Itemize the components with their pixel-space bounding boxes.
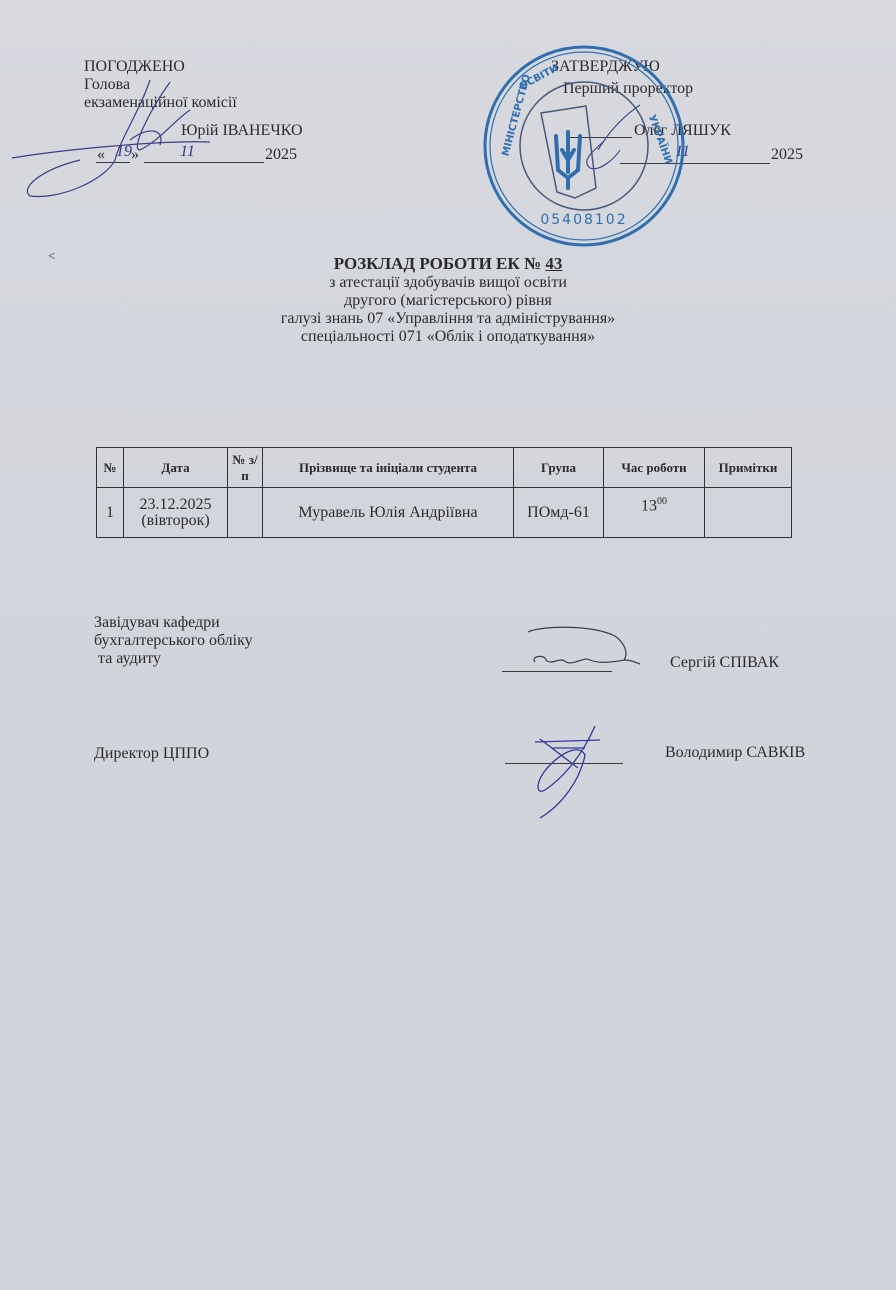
time-hours: 13: [641, 497, 657, 514]
head-of-dept-block: Завідувач кафедри бухгалтерського обліку…: [94, 614, 253, 668]
approval-date-month: 11: [180, 143, 195, 161]
header-student: Прізвище та ініціали студента: [263, 448, 514, 488]
header-date: Дата: [124, 448, 228, 488]
header-order: № з/п: [228, 448, 263, 488]
head-dept-line2: бухгалтерського обліку: [94, 632, 253, 650]
header-group: Група: [514, 448, 604, 488]
approval-date-year: 2025: [265, 146, 297, 164]
svg-text:МІНІСТЕРСТВО: МІНІСТЕРСТВО: [500, 73, 532, 157]
head-dept-line1: Завідувач кафедри: [94, 614, 253, 632]
signature-savkiv-icon: [535, 726, 600, 818]
cell-group: ПОмд-61: [514, 488, 604, 538]
head-dept-line3: та аудиту: [94, 650, 253, 668]
signature-spivak-icon: [528, 627, 640, 664]
director-name: Володимир САВКІВ: [665, 744, 805, 762]
official-stamp-icon: 05408102 ОСВІТИ УКРАЇНИ МІНІСТЕРСТВО: [485, 47, 683, 245]
document-title: РОЗКЛАД РОБОТИ ЕК № 43: [0, 254, 896, 274]
confirm-line1: Перший проректор: [563, 80, 693, 98]
subtitle-line3: другого (магістерського) рівня: [0, 292, 896, 310]
approval-date-close: »: [131, 146, 139, 164]
time-minutes: 00: [657, 496, 667, 507]
approval-line1: Голова: [84, 76, 237, 94]
title-text: РОЗКЛАД РОБОТИ ЕК №: [334, 254, 541, 273]
confirm-heading: ЗАТВЕРДЖУЮ: [551, 58, 660, 76]
svg-text:05408102: 05408102: [540, 212, 627, 228]
document-title-block: РОЗКЛАД РОБОТИ ЕК № 43 з атестації здобу…: [0, 254, 896, 346]
confirm-name: Олег ЛЯШУК: [634, 122, 731, 140]
approval-heading: ПОГОДЖЕНО: [84, 58, 237, 76]
header-time: Час роботи: [604, 448, 705, 488]
cell-student: Муравель Юлія Андріївна: [263, 488, 514, 538]
subtitle-line5: спеціальності 071 «Облік і оподаткування…: [0, 328, 896, 346]
approval-name: Юрій ІВАНЕЧКО: [181, 122, 303, 140]
director-title: Директор ЦППО: [94, 745, 209, 763]
cell-notes: [705, 488, 792, 538]
cell-date: 23.12.2025 (вівторок): [124, 488, 228, 538]
commission-number: 43: [545, 254, 562, 273]
table-row: 1 23.12.2025 (вівторок) Муравель Юлія Ан…: [97, 488, 792, 538]
approval-date-day: 19: [116, 143, 132, 161]
approval-block: ПОГОДЖЕНО Голова екзаменаційної комісії: [84, 58, 237, 112]
cell-time: 1300: [604, 488, 705, 538]
subtitle-line4: галузі знань 07 «Управління та адміністр…: [0, 310, 896, 328]
approval-line2: екзаменаційної комісії: [84, 94, 237, 112]
schedule-table: № Дата № з/п Прізвище та ініціали студен…: [96, 447, 792, 538]
subtitle-line2: з атестації здобувачів вищої освіти: [0, 274, 896, 292]
cell-num: 1: [97, 488, 124, 538]
table-header-row: № Дата № з/п Прізвище та ініціали студен…: [97, 448, 792, 488]
cell-date-value: 23.12.2025: [126, 497, 225, 513]
confirm-date-year: 2025: [771, 146, 803, 164]
confirm-date-month: 11: [675, 143, 690, 161]
header-notes: Примітки: [705, 448, 792, 488]
head-dept-name: Сергій СПІВАК: [670, 654, 779, 672]
header-num: №: [97, 448, 124, 488]
cell-order: [228, 488, 263, 538]
cell-weekday: (вівторок): [126, 513, 225, 529]
